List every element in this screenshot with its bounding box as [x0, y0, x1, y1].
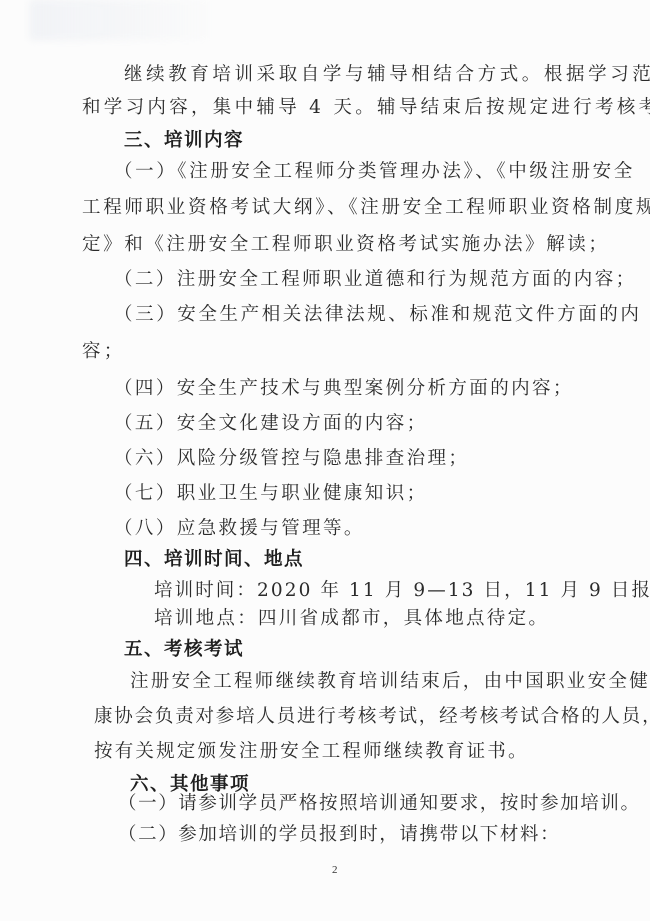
section-heading-time-place: 四、培训时间、地点	[124, 548, 304, 572]
section-heading-training-content: 三、培训内容	[124, 129, 244, 153]
scan-smudge	[30, 0, 210, 40]
intro-line-2: 和学习内容，集中辅导 4 天。辅导结束后按规定进行考核考试。	[82, 96, 650, 120]
other-item-1: （一）请参训学员严格按照培训通知要求，按时参加培训。	[118, 792, 641, 816]
intro-line-1: 继续教育培训采取自学与辅导相结合方式。根据学习范围	[124, 63, 650, 87]
content-item-1-line-1: （一）《注册安全工程师分类管理办法》、《中级注册安全	[114, 160, 635, 184]
content-item-3-line-1: （三）安全生产相关法律法规、标准和规范文件方面的内	[114, 303, 642, 327]
content-item-2: （二）注册安全工程师职业道德和行为规范方面的内容；	[114, 268, 637, 292]
other-item-2: （二）参加培训的学员报到时，请携带以下材料：	[118, 823, 560, 847]
content-item-5: （五）安全文化建设方面的内容；	[114, 412, 428, 436]
content-item-1-line-2: 工程师职业资格考试大纲》、《注册安全工程师职业资格制度规	[82, 196, 650, 220]
assessment-line-3: 按有关规定颁发注册安全工程师继续教育证书。	[94, 740, 529, 764]
content-item-6: （六）风险分级管控与隐患排查治理；	[114, 447, 469, 471]
training-time: 培训时间：2020 年 11 月 9—13 日，11 月 9 日报到。	[154, 579, 650, 603]
content-item-4: （四）安全生产技术与典型案例分析方面的内容；	[114, 377, 574, 401]
page-number: 2	[332, 864, 338, 876]
training-place: 培训地点：四川省成都市，具体地点待定。	[154, 607, 549, 631]
content-item-8: （八）应急救援与管理等。	[114, 517, 365, 541]
assessment-line-1: 注册安全工程师继续教育培训结束后，由中国职业安全健	[130, 670, 650, 694]
document-page: 继续教育培训采取自学与辅导相结合方式。根据学习范围 和学习内容，集中辅导 4 天…	[0, 0, 650, 921]
content-item-3-line-2: 容；	[82, 340, 125, 364]
content-item-7: （七）职业卫生与职业健康知识；	[114, 482, 428, 506]
assessment-line-2: 康协会负责对参培人员进行考核考试，经考核考试合格的人员，	[94, 705, 650, 729]
content-item-1-line-3: 定》和《注册安全工程师职业资格考试实施办法》解读；	[82, 233, 610, 257]
section-heading-assessment: 五、考核考试	[124, 638, 244, 662]
